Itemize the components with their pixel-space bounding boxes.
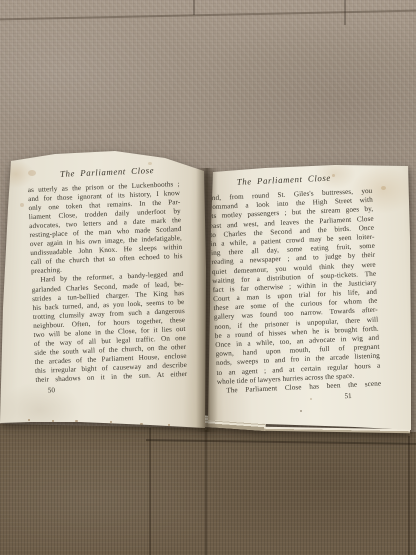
- foxing-spot: [20, 203, 24, 207]
- fabric-seam-vertical: [344, 0, 346, 25]
- page-left-content: The Parliament Close as utterly as the p…: [27, 164, 188, 395]
- page-left-lines: as utterly as the prison or the Luckenbo…: [28, 180, 188, 385]
- foxing-spot: [245, 156, 247, 158]
- deckle-speck: [75, 420, 78, 422]
- fabric-seam-vertical: [193, 0, 195, 15]
- running-head-right: The Parliament Close: [196, 171, 372, 190]
- book-page-right: The Parliament Close end, from round St.…: [205, 148, 416, 440]
- deckle-speck: [168, 424, 170, 426]
- running-head-left: The Parliament Close: [35, 164, 179, 181]
- page-right-content: The Parliament Close end, from round St.…: [208, 171, 382, 406]
- fabric-seam-horizontal: [0, 9, 416, 20]
- foxing-spot: [300, 410, 302, 412]
- deckle-speck: [28, 419, 30, 421]
- plank-seam-vertical: [408, 436, 410, 555]
- page-right-lines: end, from round St. Giles's buttresses, …: [208, 187, 381, 396]
- foxing-spot: [381, 186, 386, 190]
- open-book: The Parliament Close as utterly as the p…: [0, 148, 416, 448]
- photo-open-book: The Parliament Close as utterly as the p…: [0, 0, 416, 555]
- deckle-speck: [140, 423, 143, 425]
- plank-seam-vertical: [205, 430, 207, 555]
- deckle-speck: [52, 420, 54, 422]
- book-gutter-shadow: [196, 168, 218, 432]
- deckle-speck: [110, 421, 112, 423]
- book-page-left: The Parliament Close as utterly as the p…: [0, 148, 208, 440]
